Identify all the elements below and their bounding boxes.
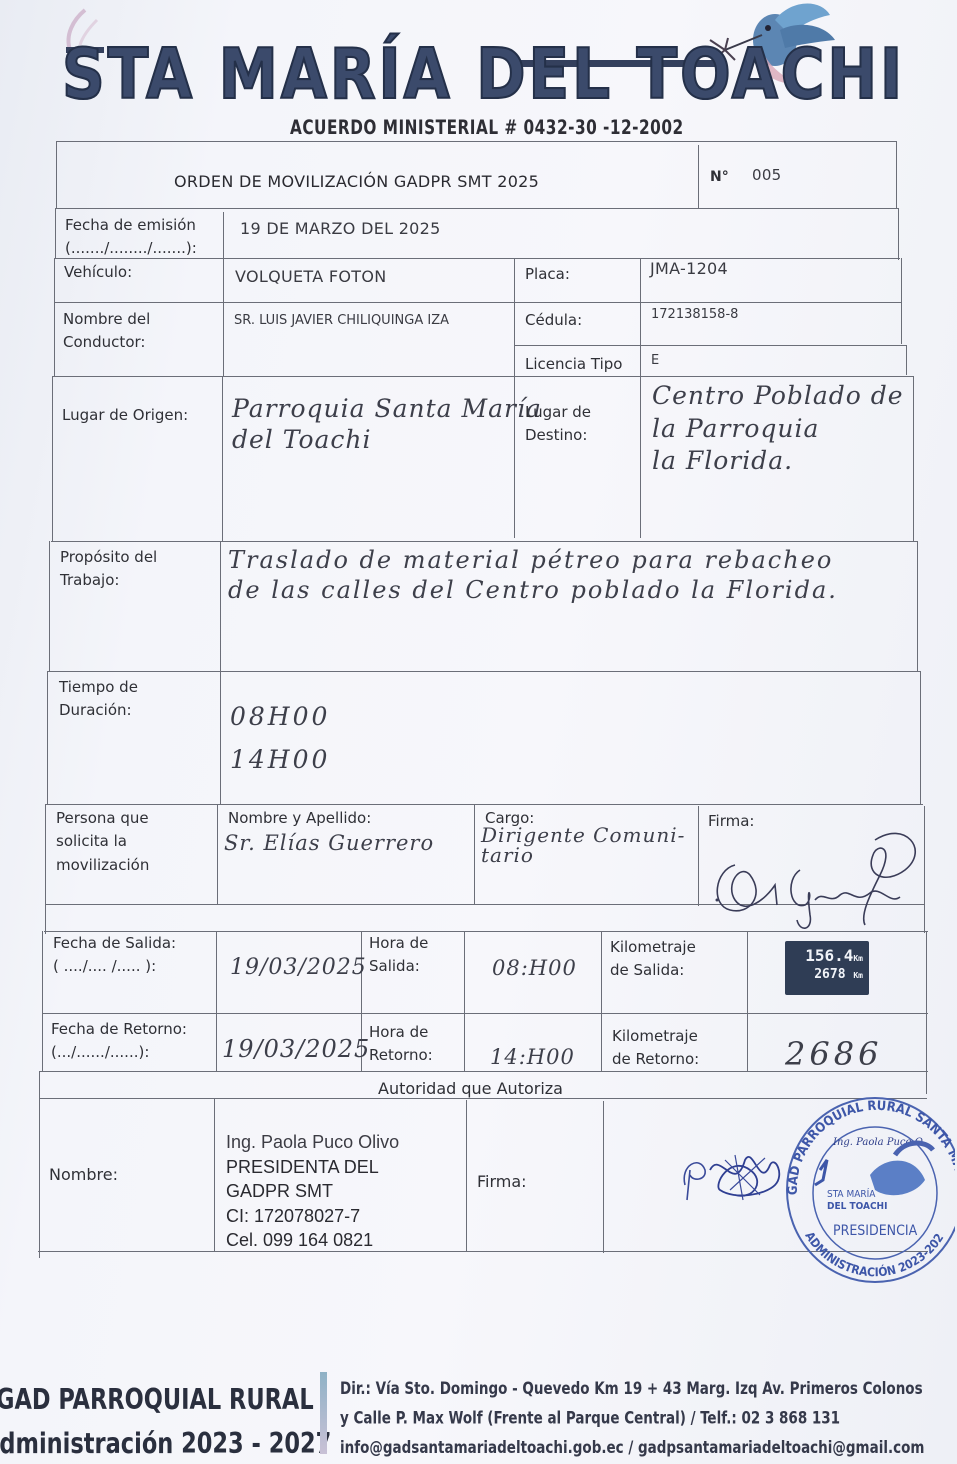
fecha-retorno-label: Fecha de Retorno: (.../....../......): bbox=[51, 1018, 187, 1065]
stamp-logo-line1: STA MARÍA bbox=[827, 1187, 876, 1200]
solicitante-nombre-label: Nombre y Apellido: bbox=[228, 807, 371, 830]
placa-label: Placa: bbox=[525, 263, 570, 286]
cedula-label: Cédula: bbox=[525, 309, 582, 332]
vehiculo-label: Vehículo: bbox=[64, 261, 132, 284]
proposito-label: Propósito del Trabajo: bbox=[60, 546, 157, 593]
autoridad-firma-label: Firma: bbox=[477, 1170, 527, 1195]
proposito-value: Traslado de material pétreo para rebache… bbox=[228, 545, 838, 605]
licencia-label: Licencia Tipo bbox=[525, 353, 622, 376]
licencia-value: E bbox=[651, 353, 659, 368]
solicitante-cargo-value: Dirigente Comuni- tario bbox=[481, 825, 685, 865]
official-stamp-icon: GAD PARROQUIAL RURAL SANTA MARÍA ADMINIS… bbox=[775, 1085, 955, 1285]
odometer-photo: 156.4Km 2678 Km bbox=[785, 941, 869, 995]
stamp-role: PRESIDENCIA bbox=[833, 1223, 918, 1239]
fecha-emision-label: Fecha de emisión (......./......../.....… bbox=[65, 214, 197, 261]
km-retorno-label: Kilometraje de Retorno: bbox=[612, 1025, 699, 1072]
order-number-value: 005 bbox=[752, 166, 782, 184]
origen-value: Parroquia Santa María del Toachi bbox=[232, 393, 542, 456]
conductor-value: SR. LUIS JAVIER CHILIQUINGA IZA bbox=[234, 313, 449, 328]
vehiculo-value: VOLQUETA FOTON bbox=[235, 267, 386, 286]
duracion-value: 08H00 14H00 bbox=[230, 695, 330, 781]
footer-organization: GAD PARROQUIAL RURAL Administración 2023… bbox=[0, 1378, 266, 1464]
autoridad-section-title: Autoridad que Autoriza bbox=[378, 1077, 563, 1102]
hora-retorno-value: 14:H00 bbox=[490, 1044, 575, 1070]
organization-logo-text: STA MARÍA DEL TOACHI bbox=[62, 40, 905, 109]
autoridad-details: Ing. Paola Puco Olivo PRESIDENTA DEL GAD… bbox=[226, 1130, 399, 1253]
destino-label: Lugar de Destino: bbox=[525, 401, 591, 448]
duracion-label: Tiempo de Duración: bbox=[59, 676, 138, 723]
order-number-label: N° bbox=[710, 167, 729, 189]
km-retorno-value: 2686 bbox=[785, 1034, 882, 1074]
hora-salida-value: 08:H00 bbox=[492, 955, 577, 981]
hora-retorno-label: Hora de Retorno: bbox=[369, 1021, 433, 1068]
footer-divider bbox=[320, 1372, 327, 1454]
form-title: ORDEN DE MOVILIZACIÓN GADPR SMT 2025 bbox=[174, 172, 539, 191]
stamp-logo-line2: DEL TOACHI bbox=[827, 1201, 887, 1212]
destino-value: Centro Poblado de la Parroquia la Florid… bbox=[652, 380, 904, 478]
cedula-value: 172138158-8 bbox=[651, 307, 738, 322]
footer-contact: Dir.: Vía Sto. Domingo - Quevedo Km 19 +… bbox=[340, 1374, 924, 1463]
placa-value: JMA-1204 bbox=[650, 259, 728, 278]
hora-salida-label: Hora de Salida: bbox=[369, 932, 428, 979]
solicitante-signature-icon bbox=[705, 815, 925, 935]
origen-label: Lugar de Origen: bbox=[62, 404, 188, 427]
solicitante-label: Persona que solicita la movilización bbox=[56, 807, 149, 877]
fecha-emision-value: 19 DE MARZO DEL 2025 bbox=[240, 219, 441, 238]
acuerdo-ministerial: ACUERDO MINISTERIAL # 0432-30 -12-2002 bbox=[290, 117, 684, 140]
solicitante-nombre-value: Sr. Elías Guerrero bbox=[224, 830, 434, 856]
autoridad-nombre-label: Nombre: bbox=[49, 1163, 118, 1188]
conductor-label: Nombre del Conductor: bbox=[63, 308, 150, 355]
fecha-salida-label: Fecha de Salida: ( ..../.... /..... ): bbox=[53, 932, 176, 979]
fecha-salida-value: 19/03/2025 bbox=[230, 954, 367, 982]
footer-email-links[interactable]: info@gadsantamariadeltoachi.gob.ec / gad… bbox=[340, 1433, 924, 1463]
km-salida-label: Kilometraje de Salida: bbox=[610, 936, 696, 983]
fecha-retorno-value: 19/03/2025 bbox=[222, 1034, 370, 1064]
